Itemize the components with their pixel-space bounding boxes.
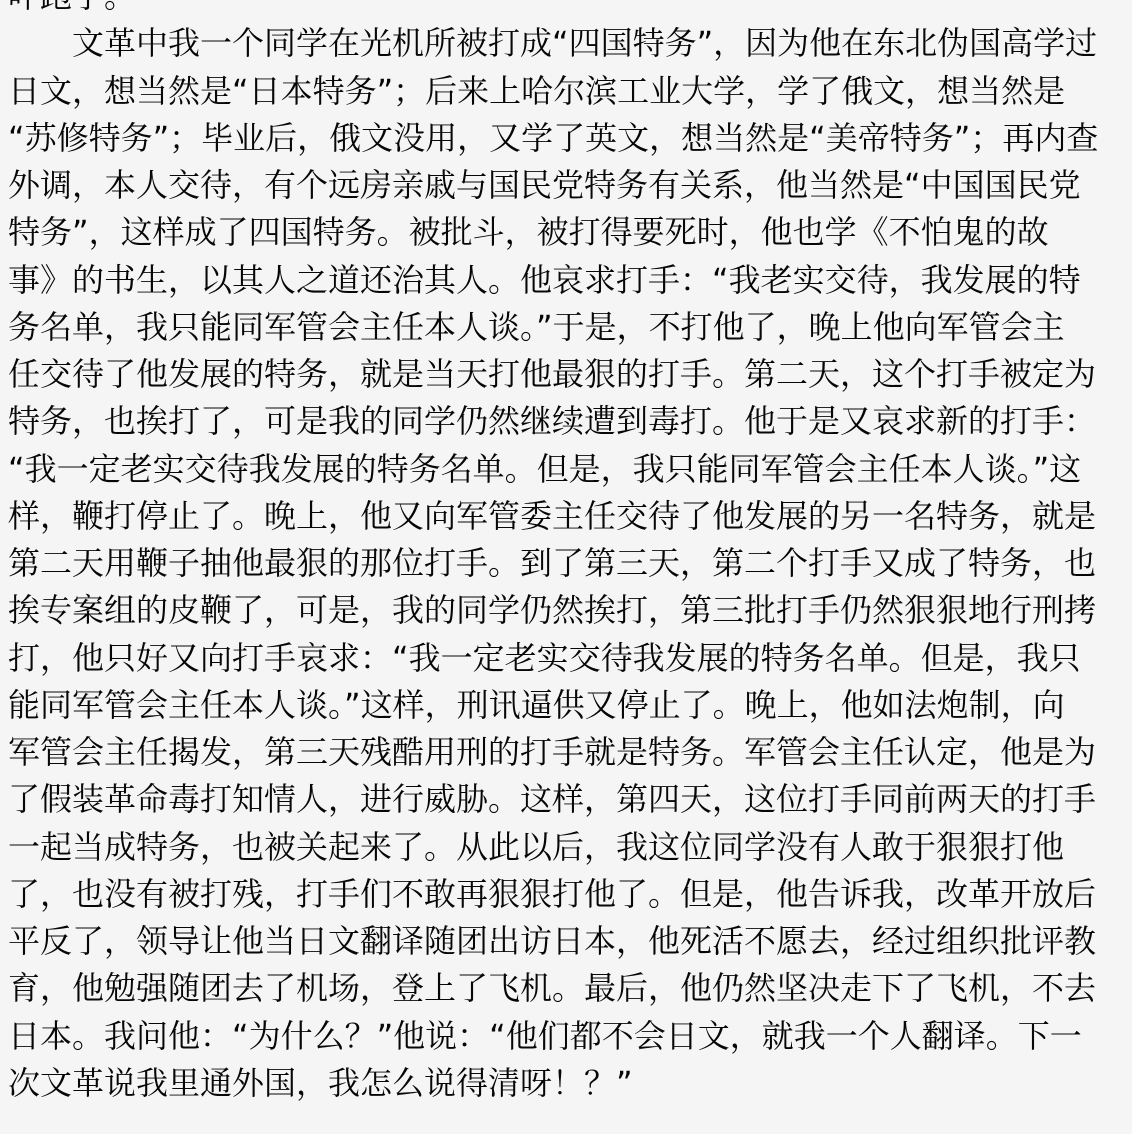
text-line: 打，他只好又向打手哀求：“我一定老实交待我发展的特务名单。但是，我只 <box>8 635 1126 682</box>
page: { "page": { "background_color": "#f5f5f5… <box>0 0 1132 1134</box>
text-line: 外调，本人交待，有个远房亲戚与国民党特务有关系，他当然是“中国国民党 <box>8 162 1126 209</box>
text-line: 能同军管会主任本人谈。”这样，刑讯逼供又停止了。晚上，他如法炮制，向 <box>8 682 1126 729</box>
text-line: 挨专案组的皮鞭了，可是，我的同学仍然挨打，第三批打手仍然狠狠地行刑拷 <box>8 587 1126 634</box>
text-line: 日本。我问他：“为什么？”他说：“他们都不会日文，就我一个人翻译。下一 <box>8 1013 1126 1060</box>
text-line: 育，他勉强随团去了机场，登上了飞机。最后，他仍然坚决走下了飞机，不去 <box>8 965 1126 1012</box>
text-line: 了假装革命毒打知情人，进行威胁。这样，第四天，这位打手同前两天的打手 <box>8 776 1126 823</box>
text-line: 吓跑了。 <box>8 0 1126 20</box>
text-line: 一起当成特务，也被关起来了。从此以后，我这位同学没有人敢于狠狠打他 <box>8 824 1126 871</box>
text-line: 特务”，这样成了四国特务。被批斗，被打得要死时，他也学《不怕鬼的故 <box>8 209 1126 256</box>
text-line: “苏修特务”；毕业后，俄文没用，又学了英文，想当然是“美帝特务”；再内查 <box>8 115 1126 162</box>
text-line: 样，鞭打停止了。晚上，他又向军管委主任交待了他发展的另一名特务，就是 <box>8 493 1126 540</box>
text-line: 文革中我一个同学在光机所被打成“四国特务”，因为他在东北伪国高学过 <box>8 20 1126 67</box>
text-line: 第二天用鞭子抽他最狠的那位打手。到了第三天，第二个打手又成了特务，也 <box>8 540 1126 587</box>
document-body: 吓跑了。文革中我一个同学在光机所被打成“四国特务”，因为他在东北伪国高学过日文，… <box>8 0 1126 1107</box>
text-line: 军管会主任揭发，第三天残酷用刑的打手就是特务。军管会主任认定，他是为 <box>8 729 1126 776</box>
text-line: 任交待了他发展的特务，就是当天打他最狠的打手。第二天，这个打手被定为 <box>8 351 1126 398</box>
text-line: 了，也没有被打残，打手们不敢再狠狠打他了。但是，他告诉我，改革开放后 <box>8 871 1126 918</box>
text-line: 务名单，我只能同军管会主任本人谈。”于是，不打他了，晚上他向军管会主 <box>8 304 1126 351</box>
text-line: 次文革说我里通外国，我怎么说得清呀！？” <box>8 1060 1126 1107</box>
text-line: 特务，也挨打了，可是我的同学仍然继续遭到毒打。他于是又哀求新的打手： <box>8 398 1126 445</box>
text-line: 平反了，领导让他当日文翻译随团出访日本，他死活不愿去，经过组织批评教 <box>8 918 1126 965</box>
text-line: “我一定老实交待我发展的特务名单。但是，我只能同军管会主任本人谈。”这 <box>8 446 1126 493</box>
text-line: 日文，想当然是“日本特务”；后来上哈尔滨工业大学，学了俄文，想当然是 <box>8 68 1126 115</box>
text-line: 事》的书生，以其人之道还治其人。他哀求打手：“我老实交待，我发展的特 <box>8 257 1126 304</box>
